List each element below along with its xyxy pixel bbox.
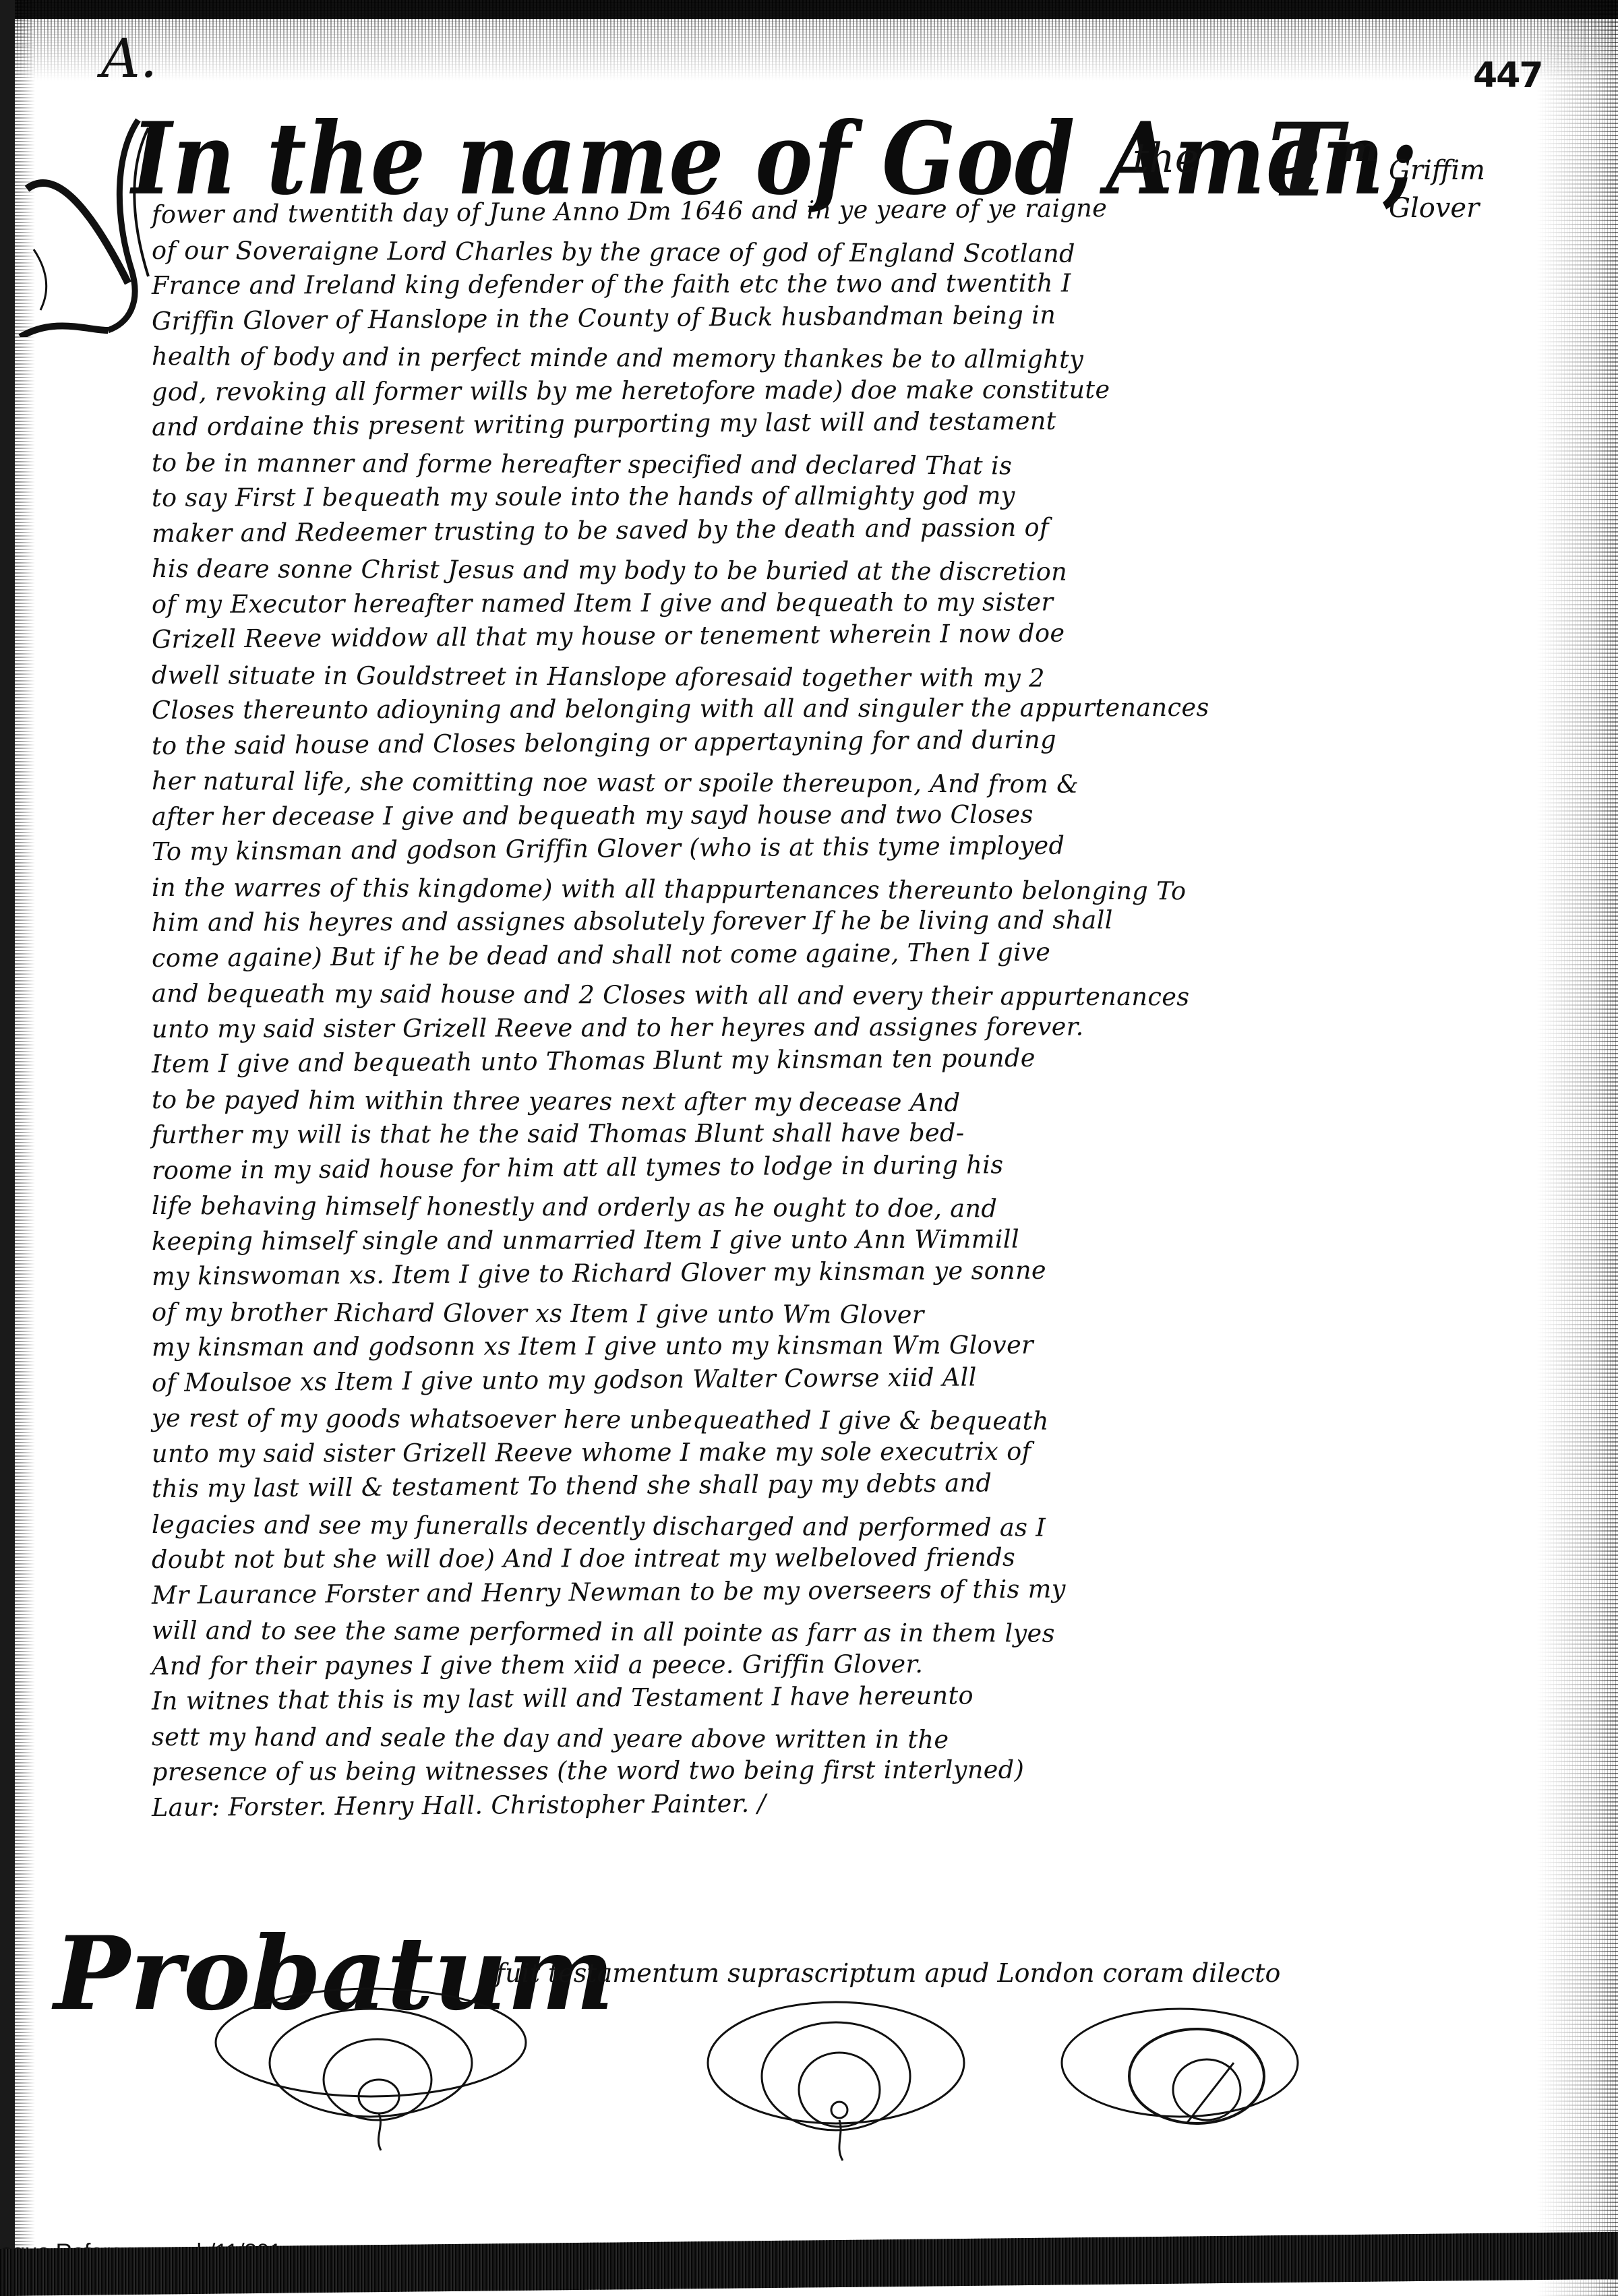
will-text-line: this my last will & testament To thend s…	[152, 1463, 1271, 1507]
scan-edge-left	[0, 0, 15, 2296]
will-text-line: To my kinsman and godson Griffin Glover …	[152, 826, 1271, 870]
will-text-line: maker and Redeemer trusting to be saved …	[152, 508, 1271, 551]
scan-noise-left	[15, 0, 35, 2296]
flourish-icon	[701, 1989, 971, 2164]
heading-mark-sup: m	[1343, 129, 1379, 169]
scan-noise-right	[1537, 0, 1618, 2296]
will-text-line: Grizell Reeve widdow all that my house o…	[152, 614, 1271, 657]
margin-note-line: Griffim	[1389, 152, 1485, 189]
will-text-line: and ordaine this present writing purport…	[152, 402, 1271, 445]
scan-noise-top	[0, 0, 1618, 81]
margin-note-line: Glover	[1389, 189, 1485, 227]
folio-mark: A.	[101, 27, 157, 90]
will-body-text: fower and twentith day of June Anno Dm 1…	[152, 198, 1284, 1825]
will-text-line: roome in my said house for him att all t…	[152, 1145, 1271, 1188]
flourish-icon	[202, 1968, 539, 2157]
page-number: 447	[1473, 55, 1542, 96]
will-text-line: of Moulsoe xs Item I give unto my godson…	[152, 1358, 1271, 1401]
heading-tail: the	[1133, 135, 1199, 182]
will-text-line: my kinswoman xs. Item I give to Richard …	[152, 1251, 1271, 1294]
will-text-line: to the said house and Closes belonging o…	[152, 721, 1271, 764]
will-text-line: Griffin Glover of Hanslope in the County…	[152, 296, 1271, 339]
will-text-line: fower and twentith day of June Anno Dm 1…	[152, 189, 1271, 233]
margin-note: Griffim Glover	[1389, 152, 1485, 227]
will-text-line: In witnes that this is my last will and …	[152, 1676, 1271, 1719]
will-text-line: Laur: Forster. Henry Hall. Christopher P…	[152, 1782, 1271, 1825]
will-text-line: come againe) But if he be dead and shall…	[152, 933, 1271, 976]
flourish-icon	[1052, 1989, 1308, 2150]
probatum-text: fuit testamentum suprascriptum apud Lond…	[496, 1958, 1280, 1988]
will-text-line: Item I give and bequeath unto Thomas Blu…	[152, 1039, 1271, 1082]
will-text-line: Mr Laurance Forster and Henry Newman to …	[152, 1570, 1271, 1613]
